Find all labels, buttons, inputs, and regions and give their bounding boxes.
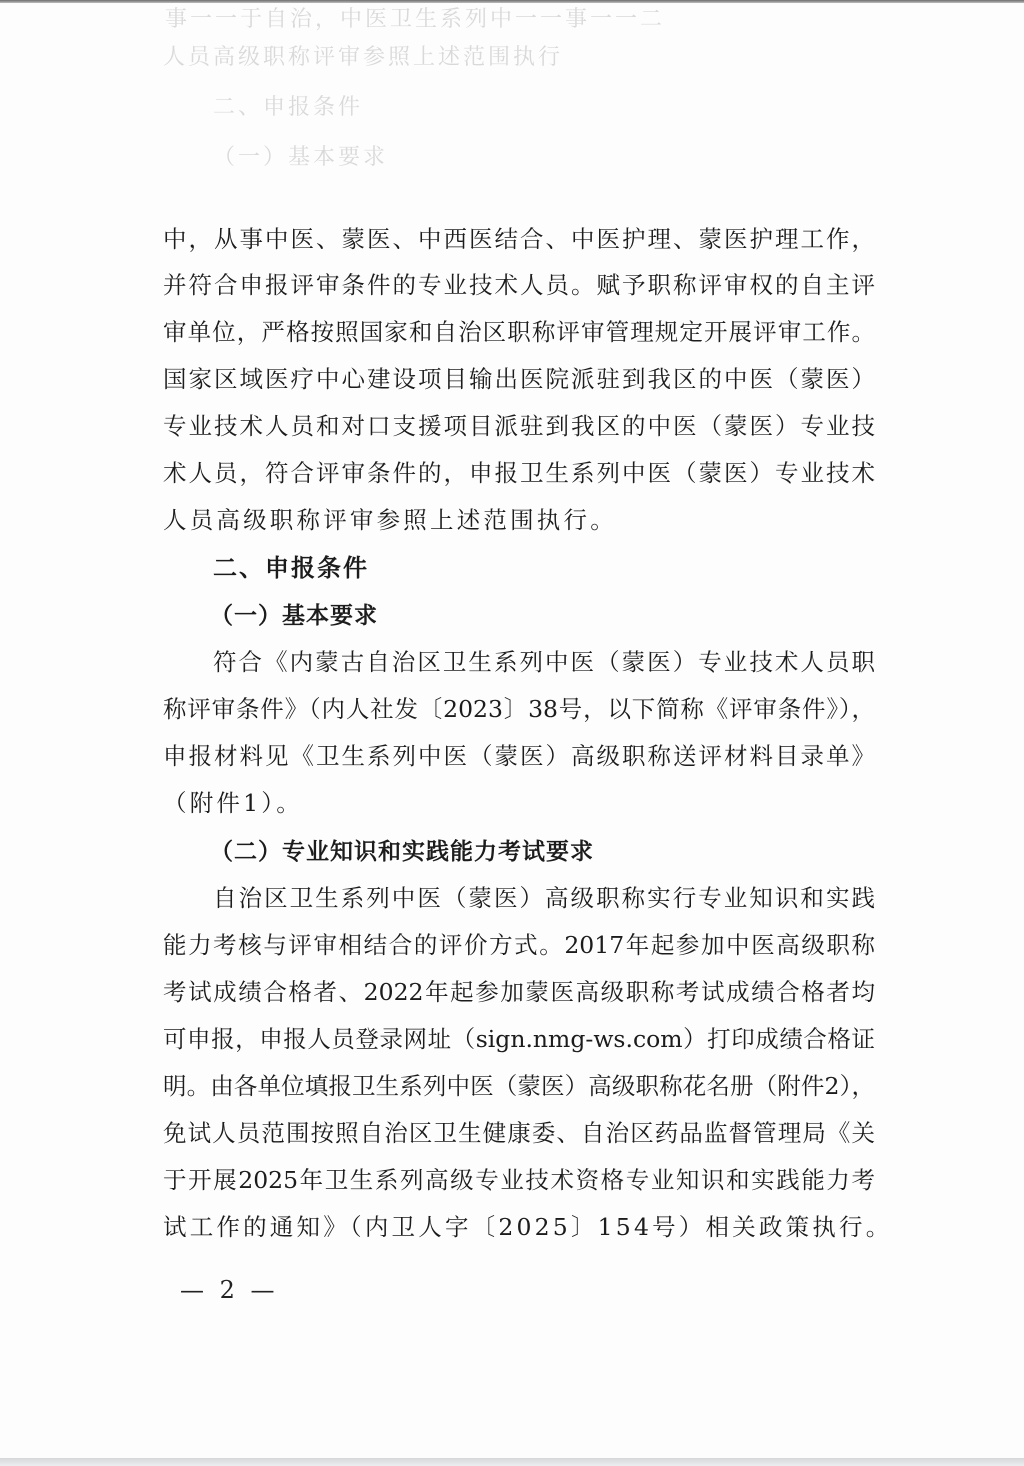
bleed-through-text: （一）基本要求	[213, 140, 388, 171]
text-line: 免试人员范围按照自治区卫生健康委、自治区药品监督管理局《关	[163, 1110, 875, 1157]
text-line: 国家区域医疗中心建设项目输出医院派驻到我区的中医（蒙医）	[163, 356, 875, 403]
text-line: 专业技术人员和对口支援项目派驻到我区的中医（蒙医）专业技	[163, 403, 875, 450]
text-line: 称评审条件》（内人社发〔2023〕38号，以下简称《评审条件》），	[163, 686, 875, 733]
subsection-heading: （一）基本要求	[210, 592, 872, 639]
text-line: 术人员，符合评审条件的，申报卫生系列中医（蒙医）专业技术	[163, 450, 875, 497]
bleed-through-text: 二、申报条件	[213, 90, 363, 121]
text-line: 考试成绩合格者、2022年起参加蒙医高级职称考试成绩合格者均	[163, 969, 875, 1016]
text-line: 能力考核与评审相结合的评价方式。2017年起参加中医高级职称	[163, 922, 875, 969]
text-line: 符合《内蒙古自治区卫生系列中医（蒙医）专业技术人员职	[213, 639, 875, 686]
bleed-through-text: 事一一于自治，中医卫生系列中一一事一一二	[165, 2, 665, 33]
text-line: 中，从事中医、蒙医、中西医结合、中医护理、蒙医护理工作，	[163, 216, 875, 263]
text-line: 于开展2025年卫生系列高级专业技术资格专业知识和实践能力考	[163, 1157, 875, 1204]
text-line: 审单位，严格按照国家和自治区职称评审管理规定开展评审工作。	[163, 309, 875, 356]
text-line: （附件1）。	[163, 780, 875, 827]
text-line: 人员高级职称评审参照上述范围执行。	[163, 497, 875, 544]
text-line: 可申报，申报人员登录网址（sign.nmg-ws.com）打印成绩合格证	[163, 1016, 875, 1063]
text-line: 并符合申报评审条件的专业技术人员。赋予职称评审权的自主评	[163, 262, 875, 309]
text-line: 申报材料见《卫生系列中医（蒙医）高级职称送评材料目录单》	[163, 733, 875, 780]
document-page: 事一一于自治，中医卫生系列中一一事一一二 人员高级职称评审参照上述范围执行 二、…	[0, 0, 1024, 1466]
bleed-through-text: 人员高级职称评审参照上述范围执行	[163, 40, 563, 71]
text-line: 自治区卫生系列中医（蒙医）高级职称实行专业知识和实践	[213, 875, 875, 922]
text-line: 试工作的通知》（内卫人字〔2025〕154号）相关政策执行。	[163, 1204, 875, 1251]
page-number: — 2 —	[180, 1276, 279, 1304]
section-heading: 二、申报条件	[213, 545, 875, 592]
text-line: 明。由各单位填报卫生系列中医（蒙医）高级职称花名册（附件2），	[163, 1063, 875, 1110]
subsection-heading: （二）专业知识和实践能力考试要求	[210, 828, 872, 875]
scan-bottom-edge	[0, 1458, 1024, 1466]
